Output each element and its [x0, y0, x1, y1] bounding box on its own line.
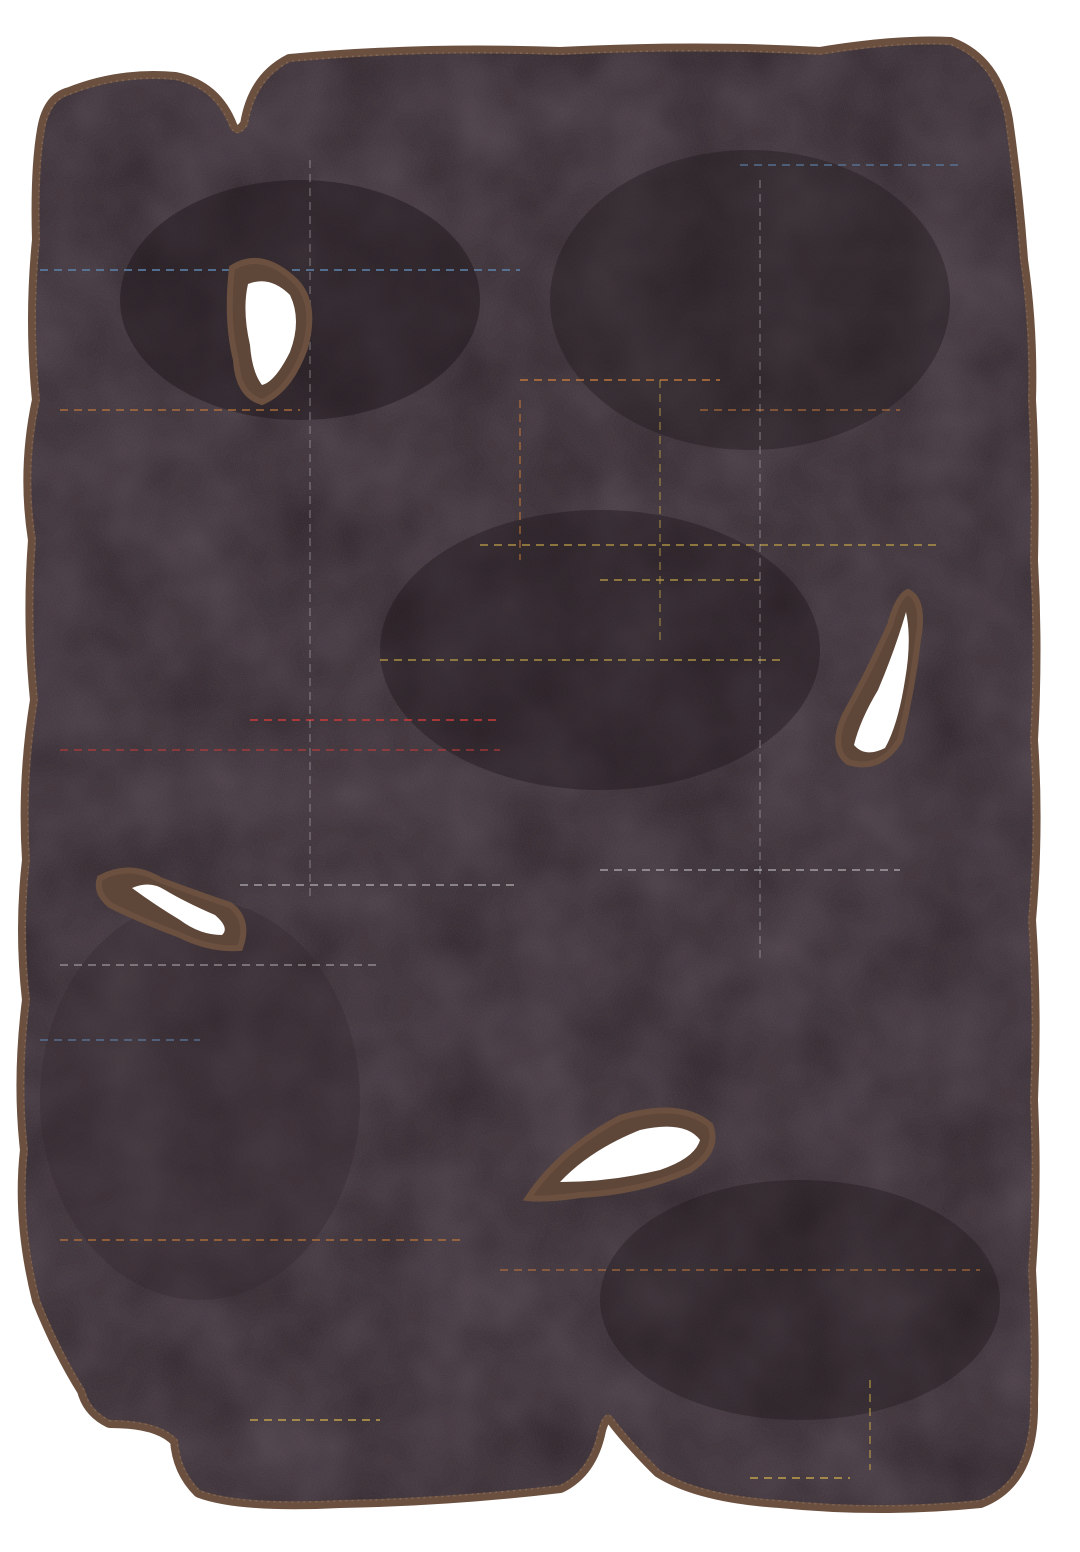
- rug-body: [0, 0, 1080, 1552]
- rug-photo: [0, 0, 1080, 1552]
